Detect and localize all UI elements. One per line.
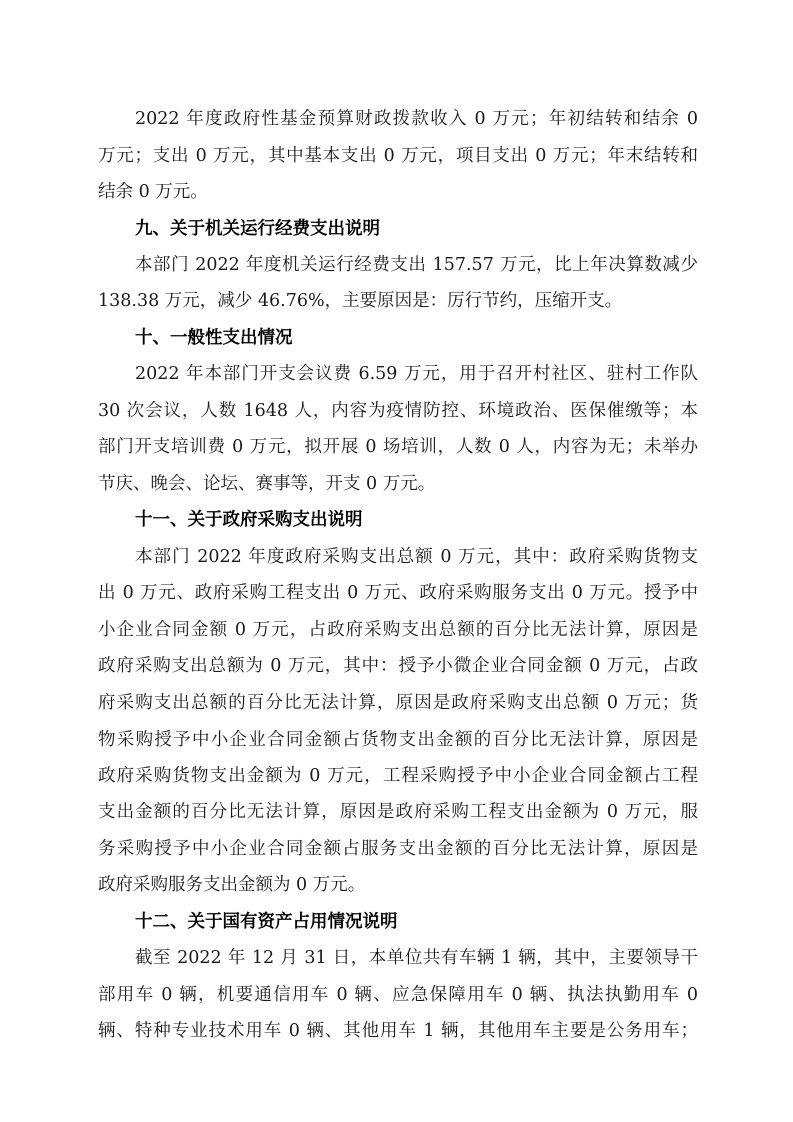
paragraph-line: 辆、特种专业技术用车 0 辆、其他用车 1 辆，其他用车主要是公务用车； — [98, 1018, 698, 1044]
paragraph-line: 节庆、晚会、论坛、赛事等，开支 0 万元。 — [98, 471, 698, 497]
paragraph-line: 小企业合同金额 0 万元，占政府采购支出总额的百分比无法计算，原因是 — [98, 617, 698, 643]
paragraph-line: 截至 2022 年 12 月 31 日，本单位共有车辆 1 辆，其中，主要领导干 — [135, 945, 698, 971]
paragraph-line: 府采购支出总额的百分比无法计算，原因是政府采购支出总额 0 万元；货 — [98, 690, 698, 716]
paragraph-line: 结余 0 万元。 — [98, 179, 698, 205]
paragraph-line: 政府采购支出总额为 0 万元，其中：授予小微企业合同金额 0 万元，占政 — [98, 653, 698, 679]
section-heading-12: 十二、关于国有资产占用情况说明 — [135, 909, 398, 935]
paragraph-line: 本部门 2022 年度政府采购支出总额 0 万元，其中：政府采购货物支 — [135, 544, 698, 570]
paragraph-line: 2022 年本部门开支会议费 6.59 万元，用于召开村社区、驻村工作队 — [135, 361, 698, 387]
paragraph-line: 本部门 2022 年度机关运行经费支出 157.57 万元，比上年决算数减少 — [135, 252, 698, 278]
document-page: 2022 年度政府性基金预算财政拨款收入 0 万元；年初结转和结余 0 万元；支… — [0, 0, 793, 1122]
paragraph-line: 出 0 万元、政府采购工程支出 0 万元、政府采购服务支出 0 万元。授予中 — [98, 580, 698, 606]
section-heading-11: 十一、关于政府采购支出说明 — [135, 507, 363, 533]
paragraph-line: 政府采购货物支出金额为 0 万元，工程采购授予中小企业合同金额占工程 — [98, 763, 698, 789]
paragraph-line: 部用车 0 辆，机要通信用车 0 辆、应急保障用车 0 辆、执法执勤用车 0 — [98, 982, 698, 1008]
paragraph-line: 万元；支出 0 万元，其中基本支出 0 万元，项目支出 0 万元；年末结转和 — [98, 143, 698, 169]
paragraph-line: 政府采购服务支出金额为 0 万元。 — [98, 872, 698, 898]
paragraph-line: 部门开支培训费 0 万元，拟开展 0 场培训，人数 0 人，内容为无；未举办 — [98, 434, 698, 460]
paragraph-line: 支出金额的百分比无法计算，原因是政府采购工程支出金额为 0 万元，服 — [98, 799, 698, 825]
paragraph-line: 2022 年度政府性基金预算财政拨款收入 0 万元；年初结转和结余 0 — [135, 106, 698, 132]
paragraph-line: 138.38 万元，减少 46.76%，主要原因是：厉行节约，压缩开支。 — [98, 288, 698, 314]
section-heading-9: 九、关于机关运行经费支出说明 — [135, 216, 380, 242]
paragraph-line: 物采购授予中小企业合同金额占货物支出金额的百分比无法计算，原因是 — [98, 727, 698, 753]
paragraph-line: 务采购授予中小企业合同金额占服务支出金额的百分比无法计算，原因是 — [98, 836, 698, 862]
section-heading-10: 十、一般性支出情况 — [135, 325, 293, 351]
paragraph-line: 30 次会议，人数 1648 人，内容为疫情防控、环境政治、医保催缴等；本 — [98, 398, 698, 424]
